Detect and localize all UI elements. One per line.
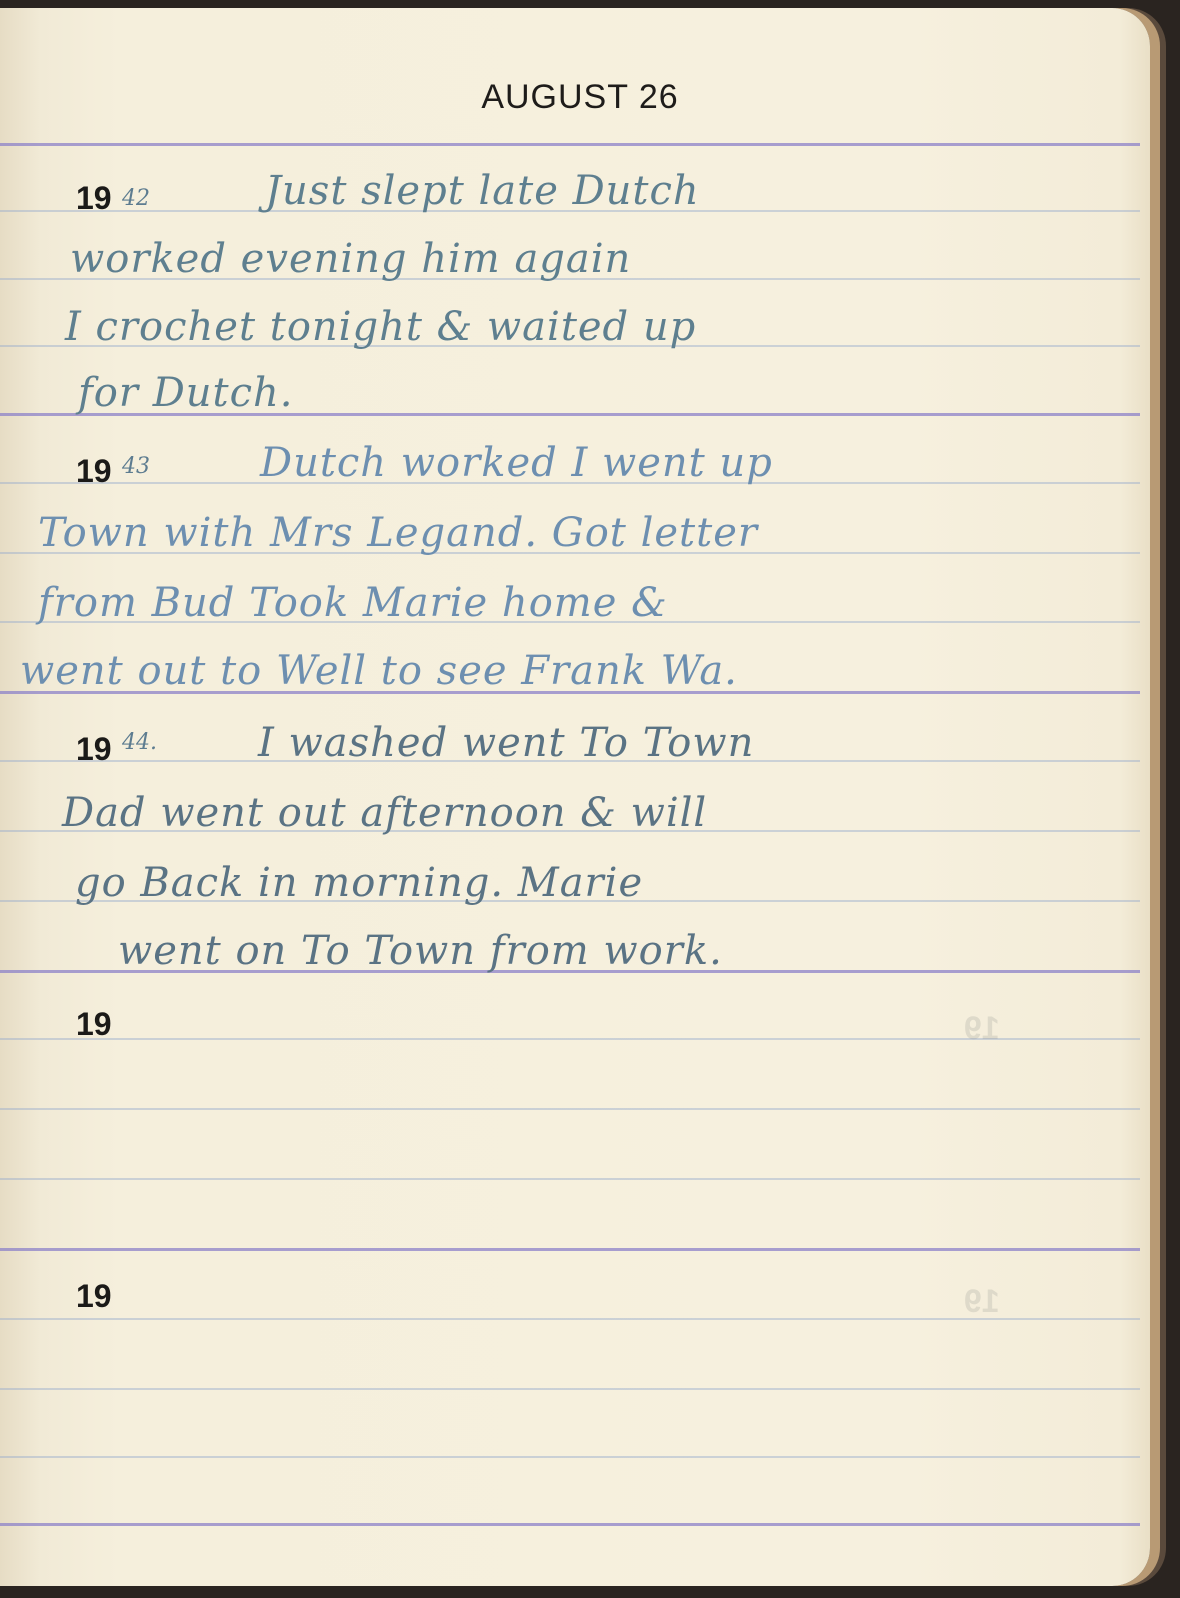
entry-line: I washed went To Town	[258, 720, 754, 766]
ruled-line	[0, 1388, 1140, 1390]
section-divider	[0, 1248, 1140, 1251]
diary-page: AUGUST 26 19 42 Just slept late Dutch wo…	[0, 8, 1150, 1586]
year-suffix-handwritten: 43	[122, 454, 150, 479]
entry-line: go Back in morning. Marie	[75, 860, 643, 906]
entry-line: from Bud Took Marie home &	[38, 580, 668, 626]
entry-line: for Dutch.	[78, 370, 294, 416]
year-suffix-handwritten: 44.	[122, 730, 157, 755]
entry-line: I crochet tonight & waited up	[65, 304, 696, 350]
year-label: 19	[76, 180, 112, 217]
year-label: 19	[76, 453, 112, 490]
ruled-line	[0, 1178, 1140, 1180]
entry-line: Town with Mrs Legand. Got letter	[38, 510, 758, 556]
entry-line: went out to Well to see Frank Wa.	[20, 648, 738, 694]
entry-line: Dutch worked I went up	[260, 440, 773, 486]
bleed-through-year: 19	[964, 1010, 1000, 1047]
year-suffix-handwritten: 42	[122, 186, 150, 211]
year-label: 19	[76, 1278, 112, 1315]
entry-line: Just slept late Dutch	[265, 168, 700, 214]
bleed-through-year: 19	[964, 1283, 1000, 1320]
ruled-line	[0, 1108, 1140, 1110]
section-divider	[0, 143, 1140, 146]
section-divider	[0, 1523, 1140, 1526]
entry-line: Dad went out afternoon & will	[62, 790, 707, 836]
date-heading: AUGUST 26	[0, 78, 1150, 117]
entry-line: worked evening him again	[70, 236, 631, 282]
entry-line: went on To Town from work.	[118, 928, 723, 974]
ruled-line	[0, 1456, 1140, 1458]
year-label: 19	[76, 731, 112, 768]
year-label: 19	[76, 1006, 112, 1043]
